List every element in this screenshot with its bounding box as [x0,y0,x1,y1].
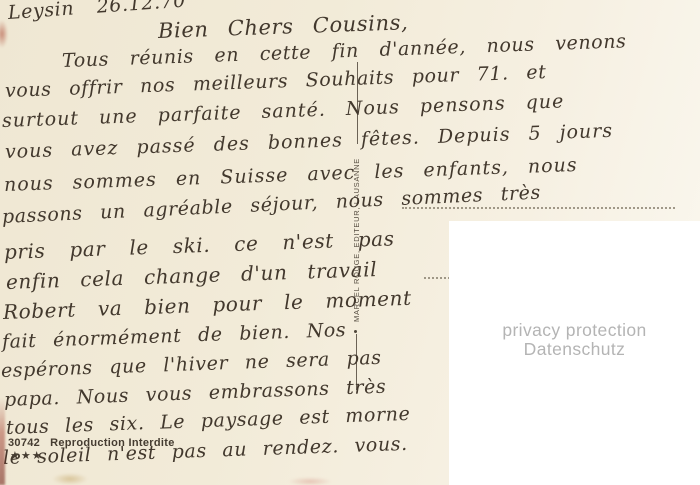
handwriting-line: fait énormément de bien. Nos [2,319,347,353]
scan-edge-smudge [0,20,8,48]
privacy-watermark-line1: privacy protection [449,321,700,340]
print-reference-notice: 30742Reproduction Interdite [8,437,175,449]
privacy-watermark-line2: Datenschutz [449,340,700,359]
postcard-scan: MARCEL ROUGE, EDITEUR, LAUSANNE Leysin 2… [0,0,700,485]
scan-edge-smudge [0,398,5,485]
privacy-watermark: privacy protection Datenschutz [449,321,700,359]
privacy-cover-box: privacy protection Datenschutz [449,221,700,485]
reproduction-notice: Reproduction Interdite [50,437,175,449]
scan-edge-smudge [52,473,88,485]
print-number: 30742 [8,437,40,449]
scan-edge-smudge [288,477,332,485]
handwriting-line: espérons que l'hiver ne sera pas [1,347,382,382]
handwritten-salutation: Bien Chers Cousins, [158,10,409,43]
print-stars: ★★★ [10,449,43,462]
